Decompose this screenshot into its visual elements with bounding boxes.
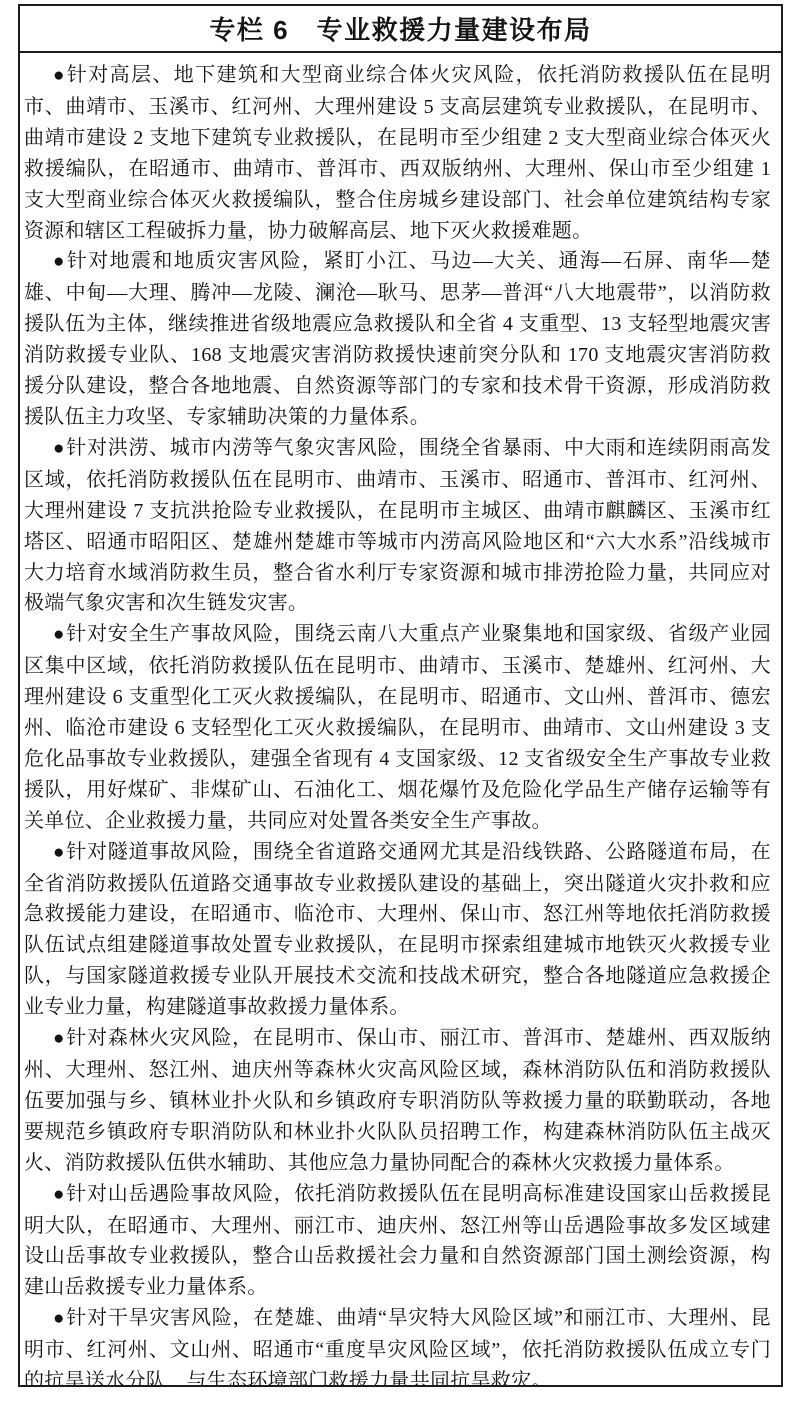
para-text: 针对洪涝、城市内涝等气象灾害风险，围绕全省暴雨、中大雨和连续阴雨高发区域，依托消… xyxy=(24,437,771,615)
para-text: 针对隧道事故风险，围绕全省道路交通网尤其是沿线铁路、公路隧道布局，在全省消防救援… xyxy=(24,841,771,1019)
bullet-icon: ● xyxy=(53,251,66,272)
para-flood-waterlogging: ●针对洪涝、城市内涝等气象灾害风险，围绕全省暴雨、中大雨和连续阴雨高发区域，依托… xyxy=(24,433,771,619)
bullet-icon: ● xyxy=(53,842,65,863)
column-box: 专栏 6 专业救援力量建设布局 ●针对高层、地下建筑和大型商业综合体火灾风险，依… xyxy=(18,4,783,1387)
bullet-icon: ● xyxy=(53,438,65,459)
panel-body: ●针对高层、地下建筑和大型商业综合体火灾风险，依托消防救援队伍在昆明市、曲靖市、… xyxy=(20,53,781,1385)
panel-header: 专栏 6 专业救援力量建设布局 xyxy=(20,6,781,53)
para-text: 针对安全生产事故风险，围绕云南八大重点产业聚集地和国家级、省级产业园区集中区域，… xyxy=(24,623,771,831)
panel-title: 专栏 6 专业救援力量建设布局 xyxy=(209,10,591,47)
para-text: 针对高层、地下建筑和大型商业综合体火灾风险，依托消防救援队伍在昆明市、曲靖市、玉… xyxy=(24,64,771,242)
para-work-safety-accident: ●针对安全生产事故风险，围绕云南八大重点产业聚集地和国家级、省级产业园区集中区域… xyxy=(24,619,771,836)
para-forest-fire: ●针对森林火灾风险，在昆明市、保山市、丽江市、普洱市、楚雄州、西双版纳州、大理州… xyxy=(24,1023,771,1179)
bullet-icon: ● xyxy=(53,65,66,86)
para-highrise-underground-fire: ●针对高层、地下建筑和大型商业综合体火灾风险，依托消防救援队伍在昆明市、曲靖市、… xyxy=(24,60,771,246)
bullet-icon: ● xyxy=(53,1184,65,1205)
para-text: 针对地震和地质灾害风险，紧盯小江、马边—大关、通海—石屏、南华—楚雄、中甸—大理… xyxy=(24,250,771,428)
bullet-icon: ● xyxy=(53,1028,65,1049)
para-text: 针对山岳遇险事故风险，依托消防救援队伍在昆明高标准建设国家山岳救援昆明大队，在昭… xyxy=(24,1183,771,1299)
para-mountain-rescue: ●针对山岳遇险事故风险，依托消防救援队伍在昆明高标准建设国家山岳救援昆明大队，在… xyxy=(24,1179,771,1304)
para-text: 针对干旱灾害风险，在楚雄、曲靖“旱灾特大风险区域”和丽江市、大理州、昆明市、红河… xyxy=(24,1307,771,1385)
bullet-icon: ● xyxy=(53,1308,65,1329)
para-text: 针对森林火灾风险，在昆明市、保山市、丽江市、普洱市、楚雄州、西双版纳州、大理州、… xyxy=(24,1027,771,1174)
para-drought-disaster: ●针对干旱灾害风险，在楚雄、曲靖“旱灾特大风险区域”和丽江市、大理州、昆明市、红… xyxy=(24,1303,771,1385)
bullet-icon: ● xyxy=(53,624,65,645)
document-page: 专栏 6 专业救援力量建设布局 ●针对高层、地下建筑和大型商业综合体火灾风险，依… xyxy=(0,0,800,1402)
para-tunnel-accident: ●针对隧道事故风险，围绕全省道路交通网尤其是沿线铁路、公路隧道布局，在全省消防救… xyxy=(24,837,771,1023)
para-earthquake-geological: ●针对地震和地质灾害风险，紧盯小江、马边—大关、通海—石屏、南华—楚雄、中甸—大… xyxy=(24,246,771,432)
